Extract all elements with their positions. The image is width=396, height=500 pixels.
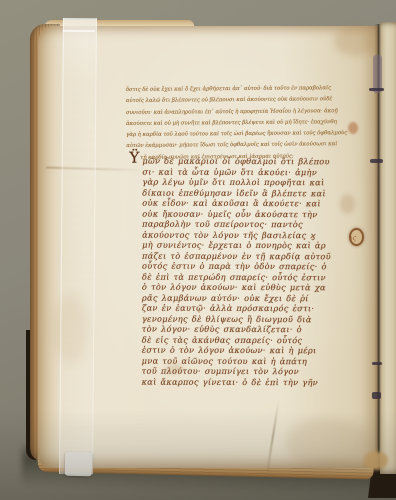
added-line: αὐτῶν ἐκάμμυσαν· μήποτε ἴδωσι τοῖς ὀφθαλ… bbox=[126, 139, 360, 152]
manuscript-line: ζαν ἐν ἑαυτῷ· ἀλλὰ πρόσκαιρός ἐστι· bbox=[142, 303, 358, 314]
sewing-stitch bbox=[372, 392, 381, 399]
manuscript-line: ἐστιν ὁ τὸν λόγον ἀκούων· καὶ ἡ μέρι bbox=[142, 345, 358, 356]
repair-tape-strip bbox=[59, 18, 97, 474]
stain-top-right bbox=[334, 26, 378, 56]
margin-chapter-numeral: ιϛ bbox=[350, 234, 356, 242]
manuscript-line: σι· καὶ τὰ ὦτα ὑμῶν ὅτι ἀκούει· ἀμὴν bbox=[142, 166, 358, 177]
manuscript-line: ρᾶς λαμβάνων αὐτόν· οὐκ ἔχει δὲ ῥί bbox=[142, 292, 358, 303]
manuscript-line: τὸν λόγον· εὐθὺς σκανδαλίζεται· ὁ bbox=[142, 324, 358, 335]
gutter-foot bbox=[364, 452, 388, 470]
sewing-stitch bbox=[370, 159, 383, 163]
initial-letter: Ϋ bbox=[129, 153, 139, 164]
repair-tape-tab bbox=[65, 452, 93, 477]
manuscript-line: τοῦ πλούτου· συμπνίγει τὸν λόγον bbox=[142, 366, 358, 377]
manuscript-line: οὗτός ἐστιν ὁ παρὰ τὴν ὁδὸν σπαρείς· ὁ bbox=[142, 261, 358, 272]
manuscript-line: καὶ ἄκαρπος γίνεται· ὁ δὲ ἐπὶ τὴν γῆν bbox=[142, 376, 358, 387]
manuscript-line: παραβολὴν τοῦ σπείροντος· παντὸς bbox=[142, 219, 358, 230]
added-text-block: ὅστις δὲ οὐκ ἔχει καὶ ὃ ἔχει ἀρθήσεται ἀ… bbox=[126, 83, 361, 164]
manuscript-line: οὐκ ἤκουσαν· ὑμεῖς οὖν ἀκούσατε τὴν bbox=[142, 208, 358, 219]
manuscript-line: δὲ ἐπὶ τὰ πετρώδη σπαρείς· οὗτός ἐστιν bbox=[142, 271, 358, 282]
manuscript-line: πάζει τὸ ἐσπαρμένον ἐν τῇ καρδίᾳ αὐτοῦ bbox=[142, 250, 358, 261]
manuscript-line: δὲ εἰς τὰς ἀκάνθας σπαρείς· οὗτός bbox=[142, 334, 358, 345]
manuscript-line: γὰρ λέγω ὑμῖν ὅτι πολλοὶ προφῆται καὶ bbox=[142, 177, 358, 188]
manuscript-line: μὴ συνιέντος· ἔρχεται ὁ πονηρὸς καὶ ἁρ bbox=[142, 240, 358, 251]
manuscript-line: δίκαιοι ἐπεθύμησαν ἰδεῖν ἃ βλέπετε καὶ bbox=[142, 187, 358, 198]
crease-diagonal bbox=[266, 400, 279, 471]
manuscript-line: οὐκ εἶδον· καὶ ἀκοῦσαι ἃ ἀκούετε· καὶ bbox=[142, 198, 358, 209]
manuscript-line: γενομένης δὲ θλίψεως ἢ διωγμοῦ διὰ bbox=[142, 313, 358, 324]
main-text-block: Ϋ μῶν δὲ μακάριοι οἱ ὀφθαλμοὶ ὅτι βλέπου… bbox=[142, 156, 359, 388]
sewing-stitch bbox=[372, 362, 382, 365]
manuscript-line: ὁ τὸν λόγον ἀκούων· καὶ εὐθὺς μετὰ χα bbox=[142, 282, 358, 293]
manuscript-photo: ὅστις δὲ οὐκ ἔχει καὶ ὃ ἔχει ἀρθήσεται ἀ… bbox=[0, 0, 396, 500]
manuscript-line: μνα τοῦ αἰῶνος τούτου καὶ ἡ ἀπάτη bbox=[142, 355, 358, 366]
manuscript-line: μῶν δὲ μακάριοι οἱ ὀφθαλμοὶ ὅτι βλέπου bbox=[142, 156, 358, 167]
repair-tape-fold bbox=[63, 30, 95, 32]
manuscript-line: ἀκούοντος τὸν λόγον τῆς βασιλείας ϗ bbox=[142, 229, 358, 240]
stain-lower bbox=[286, 418, 370, 470]
sewing-stitch bbox=[369, 88, 384, 91]
